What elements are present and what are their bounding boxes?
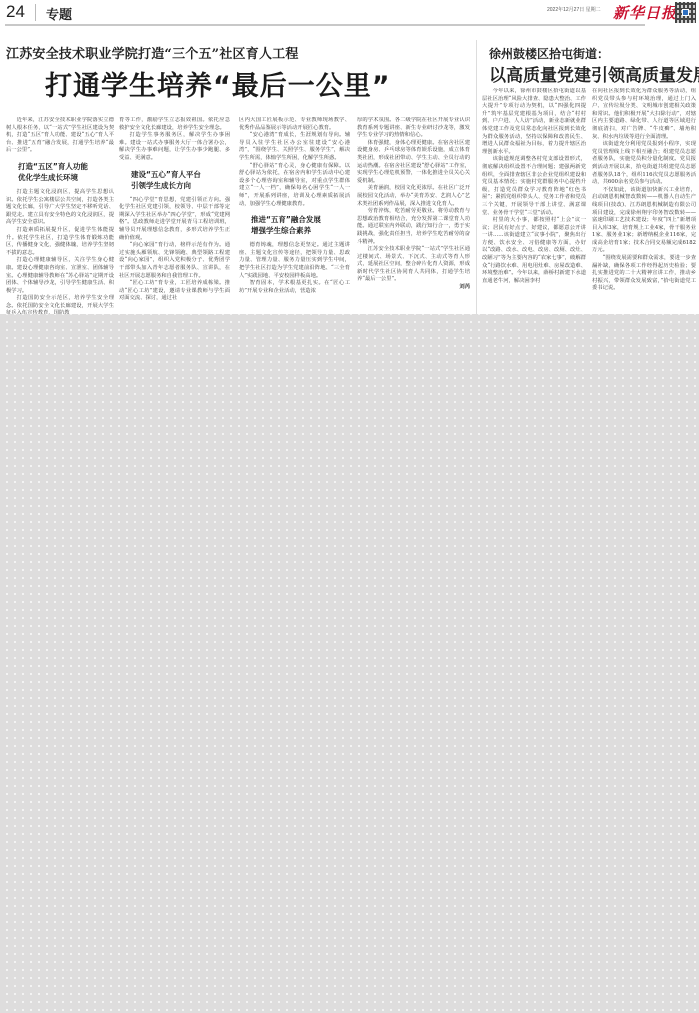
paragraph: 该街道充分利用党员报到小程序，实现党员管理线上线下相互融合；组建党员志愿者服务队…: [592, 141, 696, 187]
issue-date: 2022年12月27日 星期二: [547, 6, 601, 13]
paragraph: 近年来，江苏安全技术职业学院落实立德树人根本任务，以“一站式”学生社区建设为契机…: [6, 117, 114, 155]
side-article-title: 以高质量党建引领高质量发展: [489, 61, 699, 86]
main-article-column-1: 近年来，江苏安全技术职业学院落实立德树人根本任务，以“一站式”学生社区建设为契机…: [6, 117, 114, 314]
paragraph: 打造学生事务服务区，解决学生办事困难。建设一站式办事服务大厅一体合署办公，解决学…: [119, 132, 230, 162]
paragraph: 不仅如此，该街道加快新兴工业培育，启动朗恩机械智改数转——机器人自动生产线项目(…: [592, 187, 696, 255]
paragraph: “舒心驿站”育心灵，身心健康有保障。以舒心驿站为依托，在宿舍内和学生活动中心建设…: [239, 163, 350, 209]
side-article-kicker: 徐州鼓楼区拾屯街道：: [489, 45, 609, 62]
paragraph: “向心家园”育行动，榜样示范有作为。通过实施头雁领航、先锋领跑、典型领路工程建设…: [119, 242, 230, 280]
main-article-column-2: 育等工作，激励学生立志报效祖国。依托应急救护安全文化长廊建设，培养学生安全理念。…: [119, 117, 230, 314]
paragraph: “安心港湾”育成长，生涯规划有导向。辅导员入驻学生社区办公室驻建设“安心港湾”，…: [239, 132, 350, 162]
paragraph: 智育固本，学术根基更扎实。在“匠心工坊”开展专业和企业活动，营造浓: [239, 280, 350, 295]
paragraph: 在向社区报到长效化为群众服务等活动，组织党员带头参与村环境治理，通过上门入户、宣…: [592, 88, 696, 141]
paragraph: “四心学堂”育思想，党建引领正方向。强化学生社区党建引领，校领导、中层干部等定期…: [119, 197, 230, 243]
section-name: 专题: [46, 4, 72, 23]
paragraph: 该街道规范调整各村党支部设置形式，彻底解决组织设置不合理问题；建强两新党组织，全…: [482, 156, 586, 217]
subheading: 建设“五心”育人平台 引领学生成长方向: [131, 169, 230, 191]
masthead: 24 专题 2022年12月27日 星期二 新华日报: [0, 0, 699, 26]
main-article-column-4: 厚的学术氛围。各二级学院在社区开展专业认识教育系列专题讲座、新生专业研讨沙龙等，…: [357, 117, 470, 314]
subheading: 推进“五育”融合发展 增强学生综合素养: [251, 214, 350, 236]
main-article-title: 打通学生培养“最后一公里”: [45, 64, 391, 103]
page-number: 24: [6, 2, 25, 22]
paragraph: 美育涵润，校园文化更浓厚。在社区广泛开展校园文化活动，举办“美育苏安、艺润人心”…: [357, 185, 470, 208]
unloaded-page-area: [0, 314, 699, 1013]
paragraph: “围绕发展需要和群众需求，要进一步查漏补缺，确保各项工作经得起历史检验；要扎实推…: [592, 255, 696, 293]
paragraph: 打造素质拓展提升区，促进学生体能提升。依托学生社区，打造学生体育锻炼功能区，传播…: [6, 227, 114, 257]
paragraph: 今年以来，徐州市鼓楼区拾屯街道以基层社区治理“风险大排查、隐患大整治、工作大提升…: [482, 88, 586, 156]
paragraph: 打造心理健康辅导区，关注学生身心健康。建设心理健康咨询室、宣泄室、团体辅导室。心…: [6, 257, 114, 295]
page-number-separator: [35, 4, 36, 21]
side-article-column-2: 在向社区报到长效化为群众服务等活动，组织党员带头参与村环境治理，通过上门入户、宣…: [592, 88, 696, 314]
paragraph: 厚的学术氛围。各二级学院在社区开展专业认识教育系列专题讲座、新生专业研讨沙龙等，…: [357, 117, 470, 140]
paragraph: 体育强健，身体心理更健康。在宿舍社区建设健身房、乒乓球房等体育娱乐设施，成立体育…: [357, 140, 470, 186]
qr-center-mark: [682, 9, 689, 16]
newspaper-logo: 新华日报: [613, 2, 677, 23]
main-article-kicker: 江苏安全技术职业学院打造“三个五”社区育人工程: [6, 43, 299, 62]
paragraph: 打造国防安全示范区，培养学生安全理念。依托国防安全文化长廊建设，开展大学生征兵入…: [6, 295, 114, 314]
paragraph: 打造主题文化浸润区，提高学生思想认识。依托学生公寓楼层公共空间，打造各类主题文化…: [6, 189, 114, 227]
paragraph: 区内大国工匠展板示范、专业教师现场教学、优秀作品品鉴展示等活动开展匠心教育。: [239, 117, 350, 132]
paragraph: 江苏安全技术职业学院“一站式”学生社区通过楼间式、场景式、下沉式、主动式等育人形…: [357, 246, 470, 284]
subheading: 打造“五区”育人功能 优化学生成长环境: [18, 161, 114, 183]
author-byline: 刘芮: [357, 284, 470, 292]
header-rule: [5, 24, 645, 26]
paragraph: 德育铸魂，理想信念更坚定。通过主题讲座、主题文化宣传等途径，把领导力量、思政力量…: [239, 242, 350, 280]
main-article-column-3: 区内大国工匠展板示范、专业教师现场教学、优秀作品品鉴展示等活动开展匠心教育。“安…: [239, 117, 350, 314]
paragraph: 育等工作，激励学生立志报效祖国。依托应急救护安全文化长廊建设，培养学生安全理念。: [119, 117, 230, 132]
column-divider: [476, 40, 477, 315]
qr-code-icon: [675, 2, 696, 23]
paragraph: 村里的大小事，都按照村“上会”议一议；居民有好点子、好建议，都愿意公开讲一讲………: [482, 217, 586, 285]
paragraph: “匠心工坊”育专业，工匠培养成栋梁。推动“匠心工坊”建设，邀请专业课教师与学生面…: [119, 280, 230, 303]
side-article-column-1: 今年以来，徐州市鼓楼区拾屯街道以基层社区治理“风险大排查、隐患大整治、工作大提升…: [482, 88, 586, 314]
paragraph: 劳育淬炼，吃苦耐劳更敬业。将劳动教育与思想政治教育相结合，充分发挥第二课堂育人功…: [357, 208, 470, 246]
